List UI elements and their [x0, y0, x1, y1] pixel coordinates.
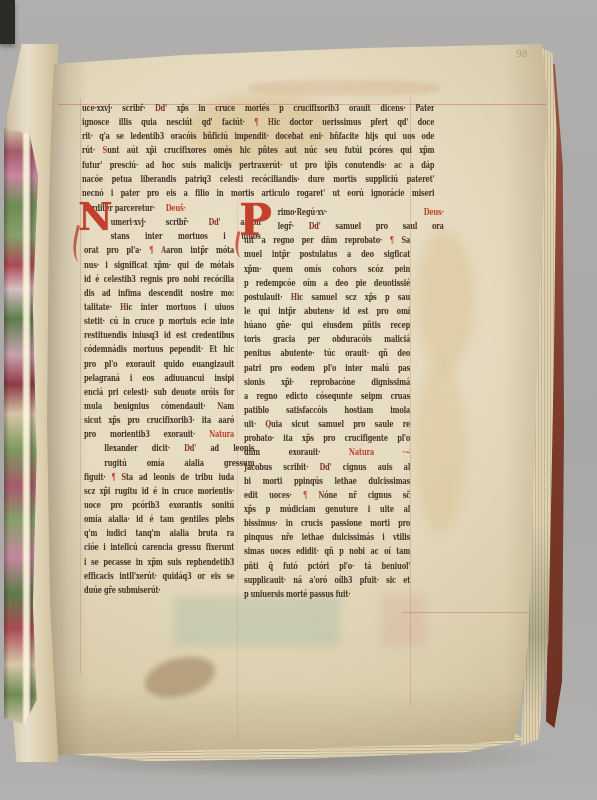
- stain-right-margin-lower: [414, 362, 466, 532]
- show-through-top-margin: [248, 80, 440, 96]
- text-top-block: uce·xxvj· scribr̃· Dd' xp̃s in cruce mor…: [82, 102, 434, 201]
- show-through-green-band: [174, 596, 340, 646]
- book-spine: [0, 0, 15, 44]
- text-left-column: corditer parceretur· Deus̃·umeri·xvj· sc…: [84, 202, 234, 598]
- illuminated-page-edge: [4, 128, 38, 724]
- initial-p: P: [239, 202, 272, 240]
- ruling-line-column-divider: [237, 202, 238, 742]
- stain-right-margin-upper: [416, 230, 474, 370]
- text-right-column: rimo·Regú·xv· Deus·legr̃· Dd' samuel pro…: [244, 206, 410, 602]
- manuscript-page: 98 uce·xxvj· scribr̃· Dd' xp̃s in cruce …: [44, 42, 554, 756]
